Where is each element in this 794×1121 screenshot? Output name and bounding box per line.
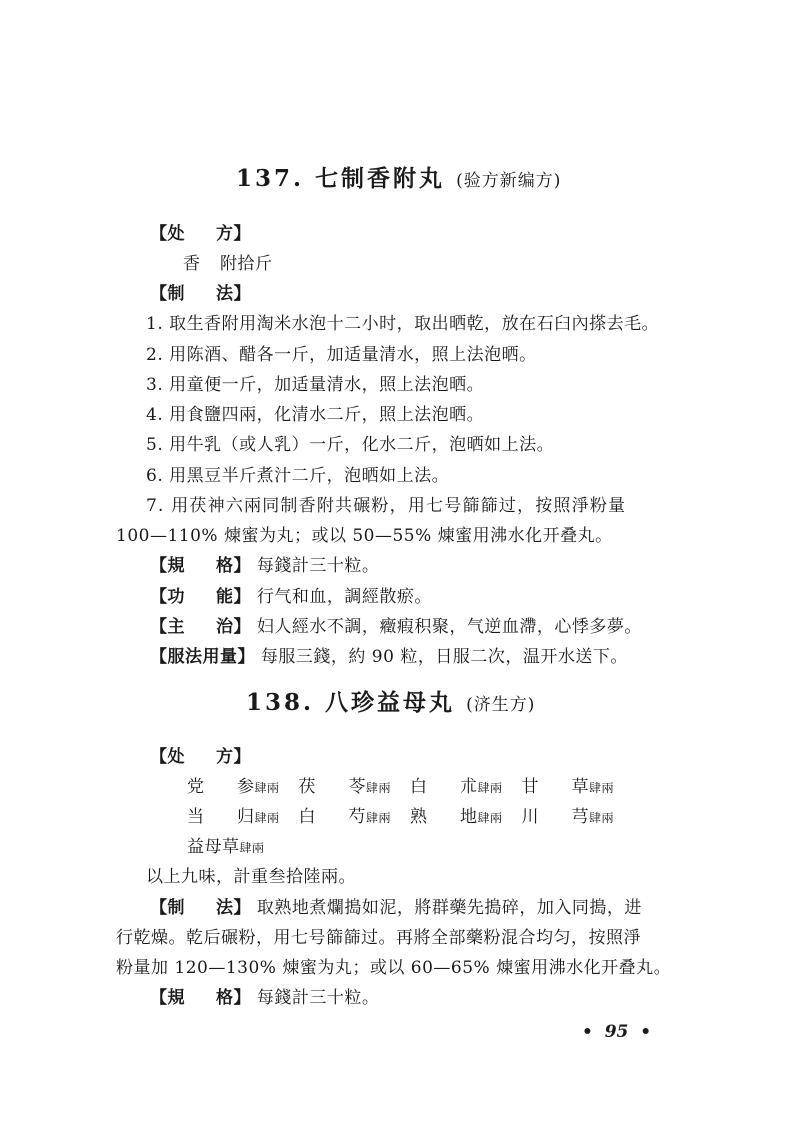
- field-spec: 【規格】 每錢計三十粒。: [150, 983, 379, 1008]
- section-number: 137.: [236, 165, 304, 192]
- method-label: 【制法】: [150, 279, 251, 304]
- method-paragraph: 【制法】 取熟地煮爛搗如泥，將群藥先搗碎，加入同搗，进: [150, 893, 642, 918]
- section-137-title: 137. 七制香附丸 (验方新编方): [236, 160, 561, 193]
- ingredient: 熟地肆兩: [410, 802, 522, 827]
- method-paragraph-continued: 行乾燥。乾后碾粉，用七号篩篩过。再將全部藥粉混合均匀，按照淨: [116, 923, 641, 948]
- method-paragraph-continued: 粉量加 120—130% 煉蜜为丸；或以 60—65% 煉蜜用沸水化开叠丸。: [116, 953, 671, 978]
- field-function: 【功能】 行气和血，調經散瘀。: [150, 582, 432, 607]
- ingredient-row: 益母草肆兩: [187, 832, 265, 857]
- formula-name: 七制香附丸: [315, 165, 445, 192]
- prescription-label: 【处方】: [150, 742, 251, 767]
- prescription-label: 【处方】: [150, 219, 251, 244]
- method-step: 4. 用食鹽四兩，化清水二斤，照上法泡晒。: [146, 400, 484, 425]
- method-step: 6. 用黑豆半斤煮汁二斤，泡晒如上法。: [146, 461, 449, 486]
- formula-name: 八珍益母丸: [325, 689, 455, 716]
- ingredient: 甘草肆兩: [522, 772, 615, 797]
- method-step: 3. 用童便一斤，加适量清水，照上法泡晒。: [146, 370, 484, 395]
- formula-source: (济生方): [466, 695, 535, 715]
- field-indication: 【主治】 妇人經水不調，癥瘕积聚，气逆血滯，心悸多夢。: [150, 612, 642, 637]
- ingredient: 川芎肆兩: [522, 802, 615, 827]
- ingredient-row: 党参肆兩茯苓肆兩白朮肆兩甘草肆兩: [187, 772, 614, 797]
- ingredient: 当归肆兩: [187, 802, 299, 827]
- field-spec: 【規格】 每錢計三十粒。: [150, 551, 379, 576]
- method-step-continued: 100—110% 煉蜜为丸；或以 50—55% 煉蜜用沸水化开叠丸。: [116, 521, 613, 546]
- ingredient: 茯苓肆兩: [299, 772, 411, 797]
- formula-source: (验方新编方): [456, 171, 561, 191]
- ingredient-total: 以上九味，計重叁拾陸兩。: [146, 862, 356, 887]
- section-number: 138.: [246, 689, 314, 716]
- method-step: 5. 用牛乳（或人乳）一斤，化水二斤，泡晒如上法。: [146, 430, 554, 455]
- method-step: 1. 取生香附用淘米水泡十二小时，取出晒乾，放在石臼內搽去毛。: [146, 309, 659, 334]
- ingredient-line: 香附拾斤: [183, 249, 273, 274]
- ingredient: 白朮肆兩: [410, 772, 522, 797]
- ingredient-row: 当归肆兩白芍肆兩熟地肆兩川芎肆兩: [187, 802, 614, 827]
- page-number: • 95 •: [582, 1022, 651, 1042]
- section-138-title: 138. 八珍益母丸 (济生方): [246, 684, 535, 717]
- ingredient: 党参肆兩: [187, 772, 299, 797]
- method-step: 7. 用茯神六兩同制香附共碾粉，用七号篩篩过，按照淨粉量: [146, 491, 626, 516]
- method-step: 2. 用陈酒、醋各一斤，加适量清水，照上法泡晒。: [146, 340, 537, 365]
- ingredient: 白芍肆兩: [299, 802, 411, 827]
- field-dosage: 【服法用量】 每服三錢，約 90 粒，日服二次，温开水送下。: [150, 642, 628, 667]
